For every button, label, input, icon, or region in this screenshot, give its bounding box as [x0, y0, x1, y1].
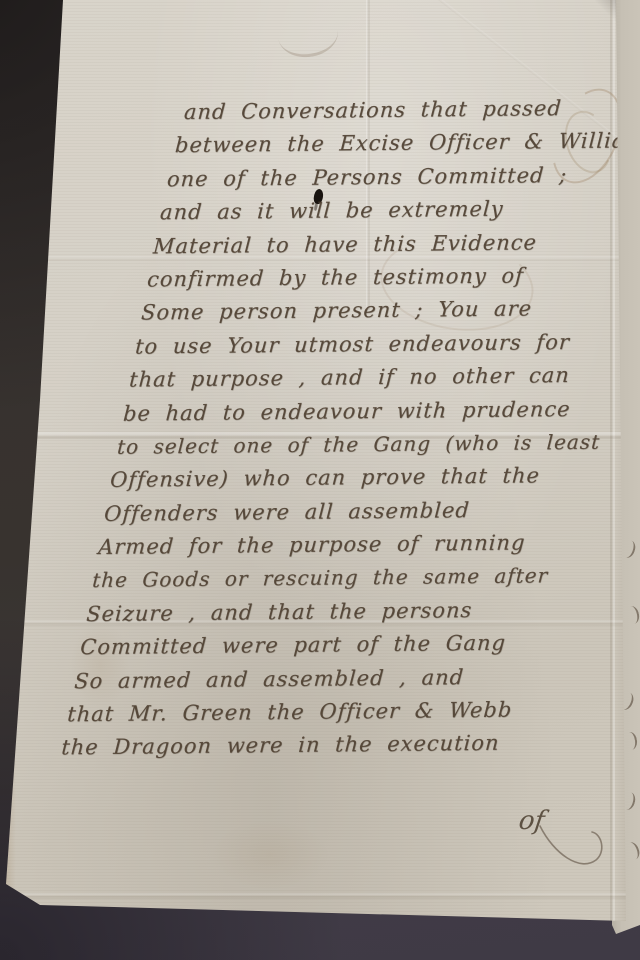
ink-showthrough-mark: [275, 8, 341, 61]
handwritten-line: Offenders were all assembled: [66, 492, 608, 531]
handwritten-line: that Mr. Green the Officer & Webb: [54, 693, 596, 732]
handwritten-line: between the Excise Officer & Williams: [88, 125, 630, 164]
handwritten-line: the Dragoon were in the execution: [52, 726, 594, 765]
handwritten-line: to use Your utmost endeavours for: [76, 325, 618, 364]
handwritten-line: one of the Persons Committed ;: [86, 158, 628, 197]
catchword-flourish: [536, 820, 616, 884]
handwritten-line: Seizure , and that the persons: [60, 593, 602, 632]
adjacent-page-ink-mark: [624, 605, 640, 625]
handwritten-line: and as it will be extremely: [84, 192, 626, 231]
handwritten-line: Committed were part of the Gang: [58, 626, 600, 665]
handwritten-line: Offensive) who can prove that the: [68, 459, 610, 498]
manuscript-page: and Conversations that passed between th…: [0, 0, 640, 960]
handwritten-line: be had to endeavour with prudence: [72, 392, 614, 431]
handwritten-line: and Conversations that passed: [90, 91, 632, 130]
handwritten-line: Armed for the purpose of running: [64, 526, 606, 565]
manuscript-text: and Conversations that passed between th…: [52, 91, 632, 765]
handwritten-line: confirmed by the testimony of: [80, 258, 622, 297]
handwritten-line: Material to have this Evidence: [82, 225, 624, 264]
paper-stain: [210, 820, 330, 890]
handwritten-line: to select one of the Gang (who is least: [70, 425, 612, 464]
adjacent-page-ink-mark: [620, 538, 638, 559]
handwritten-line: Some person present ; You are: [78, 292, 620, 331]
handwritten-line: that purpose , and if no other can: [74, 359, 616, 398]
handwritten-line: the Goods or rescuing the same after: [62, 559, 604, 598]
adjacent-page-ink-mark: [623, 840, 640, 861]
handwritten-line: So armed and assembled , and: [56, 659, 598, 698]
adjacent-page-ink-mark: [623, 731, 638, 751]
fold-crease-horizontal: [0, 893, 640, 899]
